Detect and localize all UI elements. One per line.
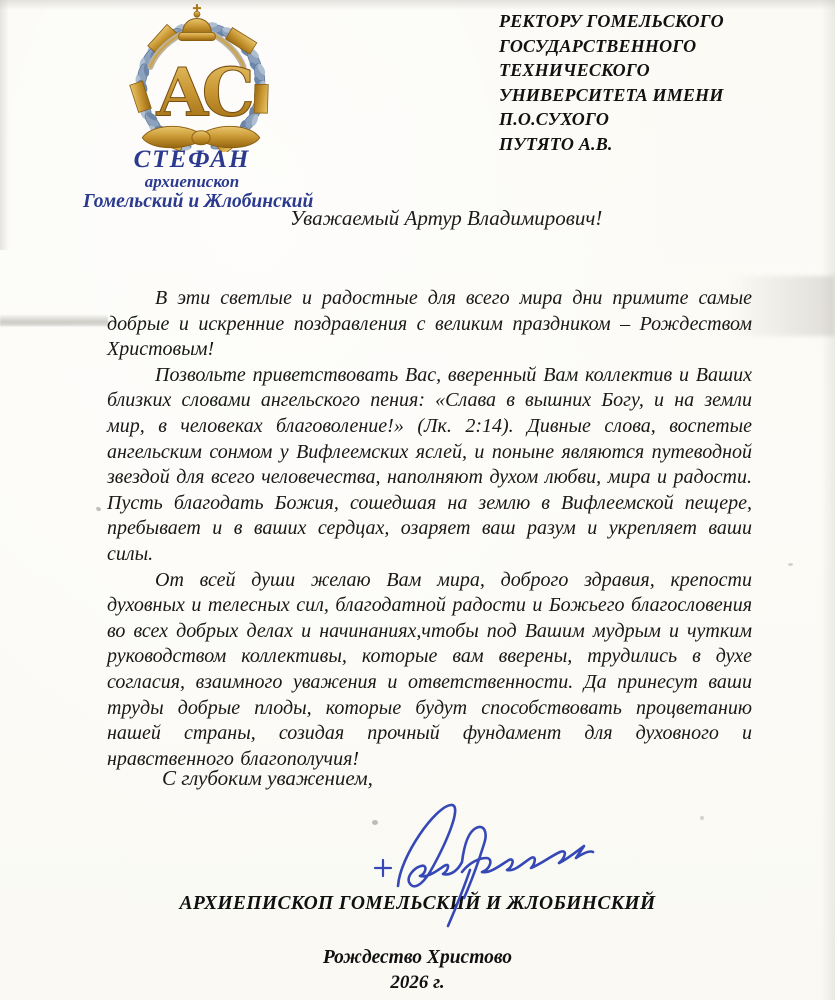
feast-year: 2026 г. [0,972,835,994]
letterhead-rank: архиепископ [83,172,301,191]
recipient-line: П.О.СУХОГО [499,107,809,132]
signature-cross [375,860,391,876]
episcopal-coat-of-arms-icon: АС [120,2,282,152]
paper-fold-shadow [0,314,108,327]
recipient-block: РЕКТОРУ ГОМЕЛЬСКОГО ГОСУДАРСТВЕННОГО ТЕХ… [499,9,809,156]
scan-speck [95,506,101,512]
letterhead-see: Гомельский и Жлобинский [83,191,301,212]
recipient-line: РЕКТОРУ ГОМЕЛЬСКОГО [499,9,809,34]
letter-scan: АС СТЕФАН архиепископ Гомельский и Жлоби… [0,0,835,1000]
valediction: С глубоким уважением, [162,766,373,791]
paragraph: От всей души желаю Вам мира, доброго здр… [107,568,752,773]
recipient-line: ГОСУДАРСТВЕННОГО [499,34,809,59]
recipient-line: ТЕХНИЧЕСКОГО [499,58,809,83]
scan-speck [700,816,704,820]
recipient-line: ПУТЯТО А.В. [499,132,809,157]
scan-edge-shadow-right [821,0,835,1000]
feast-name: Рождество Христово [0,947,835,969]
monogram: АС [155,52,251,131]
scan-speck [372,820,378,825]
recipient-line: УНИВЕРСИТЕТА ИМЕНИ [499,83,809,108]
scan-speck [788,563,793,566]
letter-body: В эти светлые и радостные для всего мира… [107,286,752,772]
paragraph: Позвольте приветствовать Вас, вверенный … [107,363,752,568]
letterhead: СТЕФАН архиепископ Гомельский и Жлобинск… [83,147,301,212]
paragraph: В эти светлые и радостные для всего мира… [107,286,752,363]
letterhead-name: СТЕФАН [83,147,301,172]
signer-title: АРХИЕПИСКОП ГОМЕЛЬСКИЙ И ЖЛОБИНСКИЙ [0,893,835,915]
salutation: Уважаемый Артур Владимирович! [290,206,602,231]
scan-edge-shadow-left [0,0,9,250]
